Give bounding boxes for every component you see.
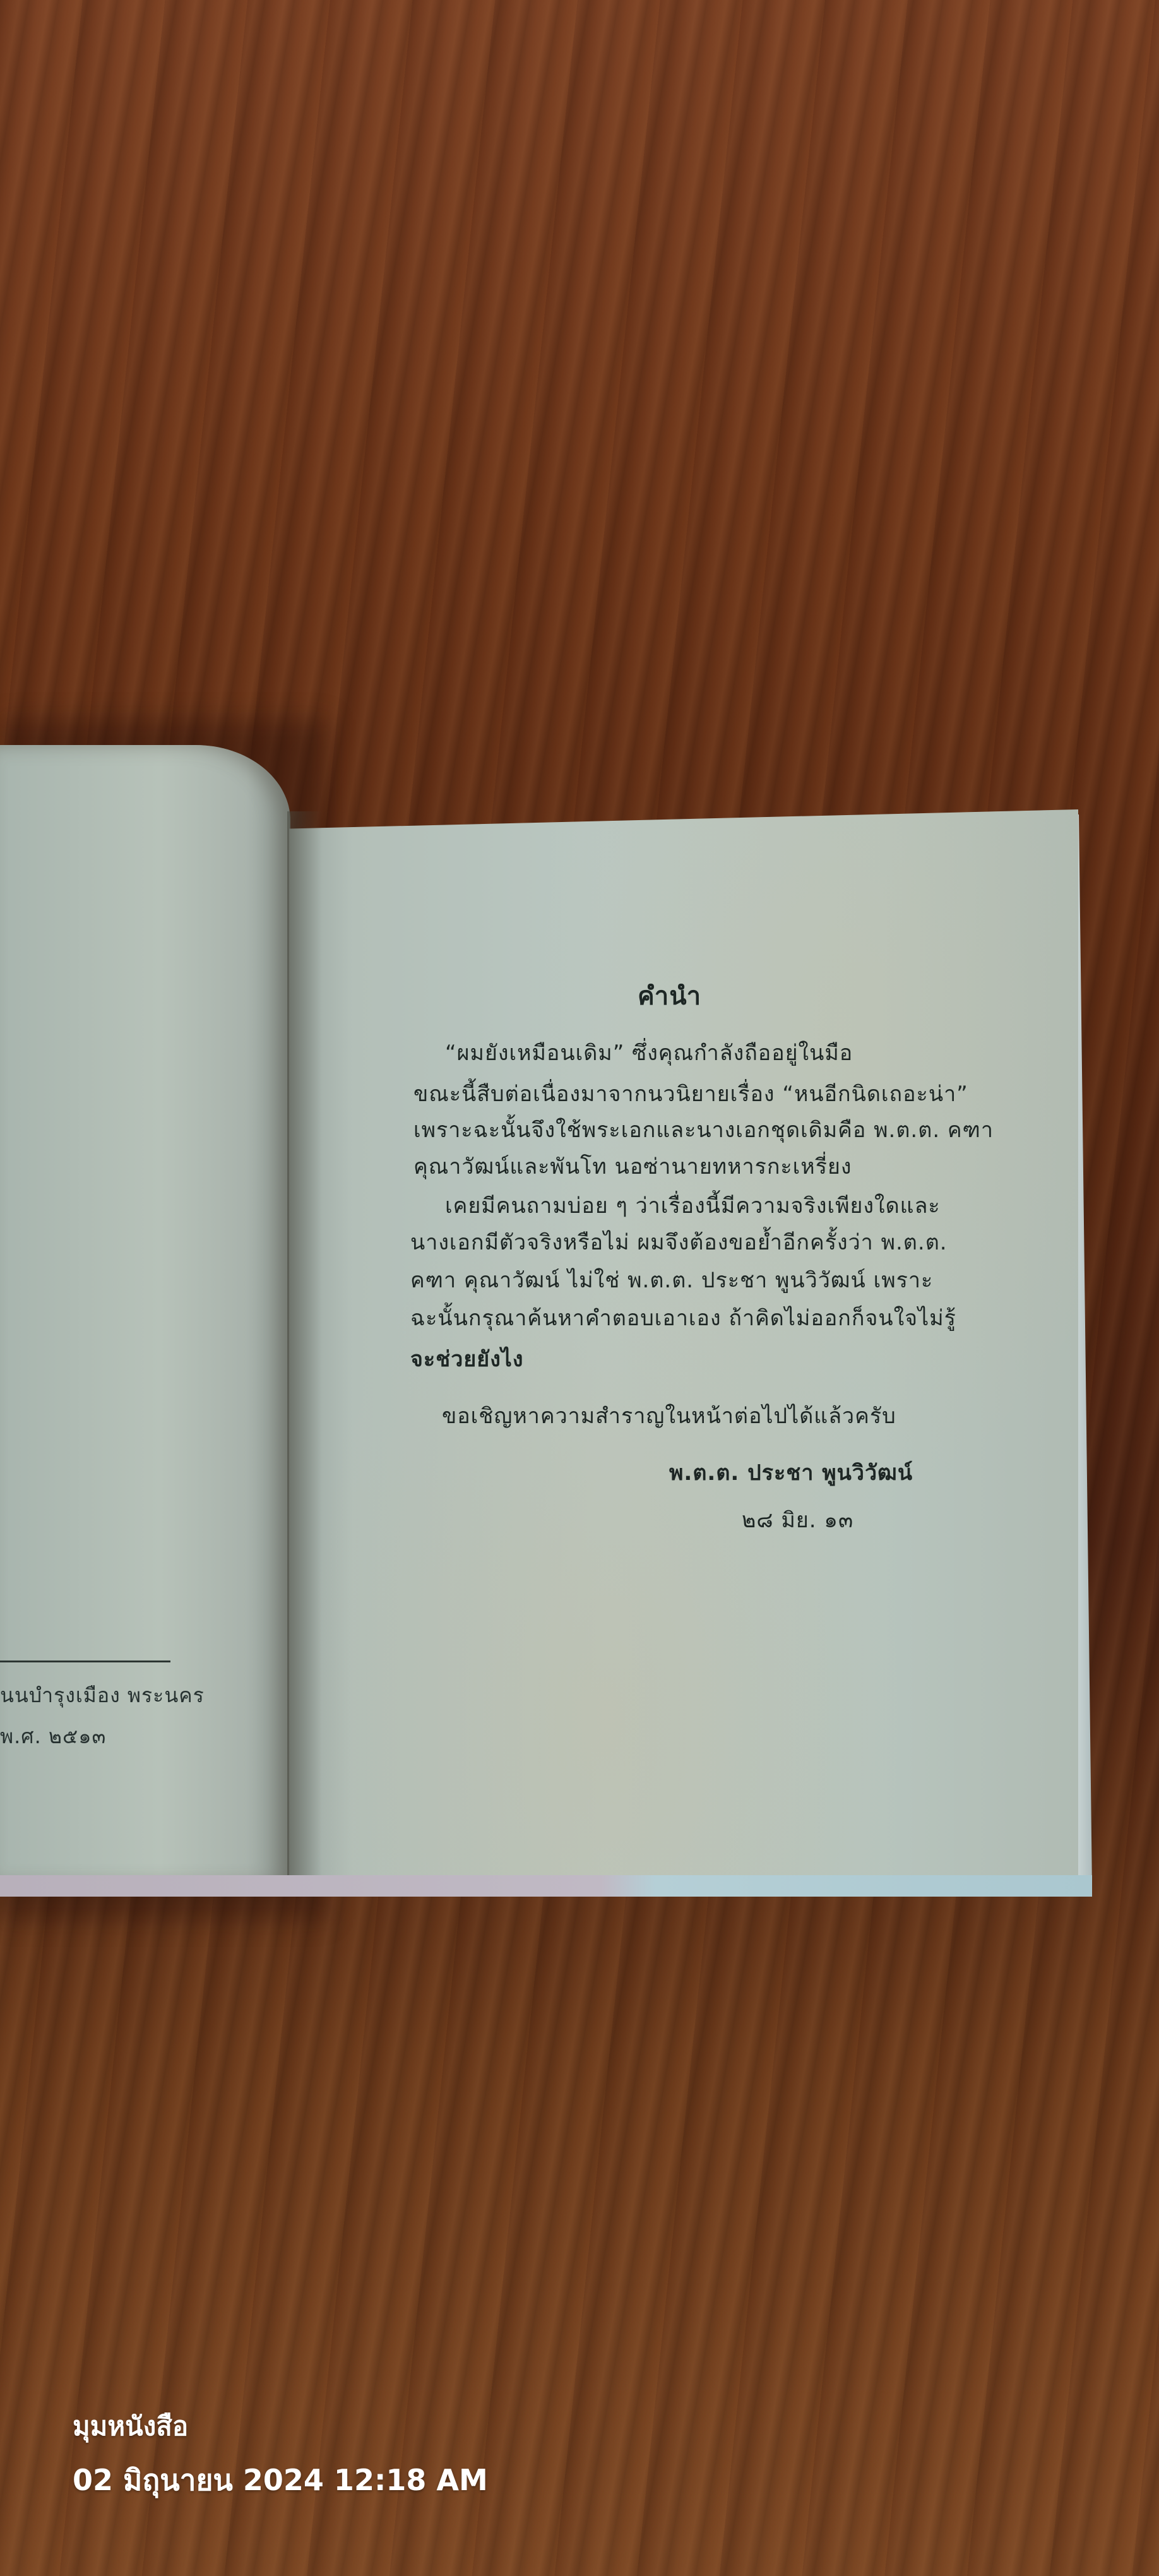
preface-line: นางเอกมีตัวจริงหรือไม่ ผมจึงต้องขอย้ำอีก… — [410, 1225, 948, 1259]
preface-line: เพราะฉะนั้นจึงใช้พระเอกและนางเอกชุดเดิมค… — [413, 1112, 994, 1147]
left-page-imprint-address: นนบำรุงเมือง พระนคร — [0, 1679, 205, 1712]
preface-line: “ผมยังเหมือนเดิม” ซึ่งคุณกำลังถืออยู่ในม… — [445, 1035, 853, 1070]
preface-line: คฑา คุณาวัฒน์ ไม่ใช่ พ.ต.ต. ประชา พูนวิว… — [410, 1263, 933, 1297]
author-signature: พ.ต.ต. ประชา พูนวิวัฒน์ — [669, 1455, 913, 1489]
preface-date: ๒๘ มิย. ๑๓ — [742, 1503, 853, 1537]
left-page-imprint-year: พ.ศ. ๒๕๑๓ — [0, 1720, 106, 1753]
preface-line: ฉะนั้นกรุณาค้นหาคำตอบเอาเอง ถ้าคิดไม่ออก… — [410, 1301, 956, 1335]
left-page — [0, 745, 290, 1885]
watermark-label: มุมหนังสือ — [73, 2406, 188, 2447]
preface-line: คุณาวัฒน์และพันโท นอซ่านายทหารกะเหรี่ยง — [413, 1149, 852, 1183]
book-bottom-edge — [0, 1875, 1092, 1897]
preface-line: ขณะนี้สืบต่อเนื่องมาจากนวนิยายเรื่อง “หน… — [413, 1076, 968, 1111]
watermark-timestamp: 02 มิถุนายน 2024 12:18 AM — [73, 2457, 488, 2503]
right-page — [289, 809, 1078, 1880]
preface-line: เคยมีคนถามบ่อย ๆ ว่าเรื่องนี้มีความจริงเ… — [445, 1188, 941, 1222]
preface-closing-line: ขอเชิญหาความสำราญในหน้าต่อไปได้แล้วครับ — [442, 1398, 896, 1433]
book-gutter-shadow — [287, 811, 322, 1878]
preface-line: จะช่วยยังไง — [410, 1342, 524, 1376]
preface-title: คำนำ — [638, 975, 701, 1016]
left-page-divider-rule — [0, 1661, 170, 1662]
